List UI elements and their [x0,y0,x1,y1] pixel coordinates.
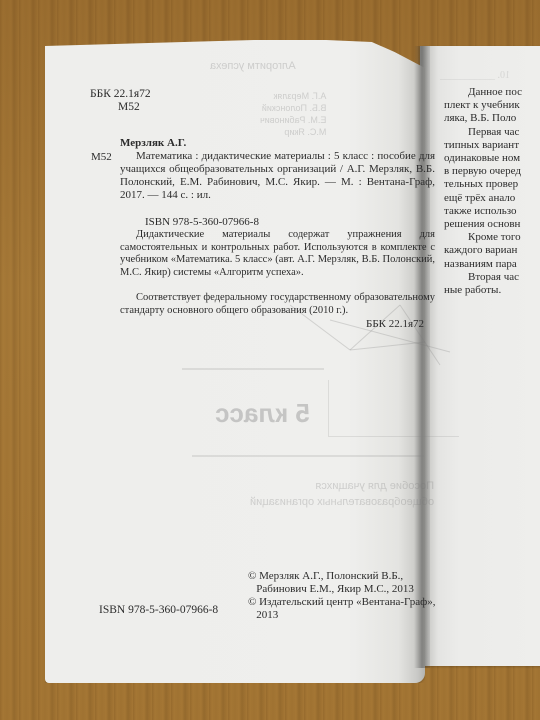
show-through-heading: 10. ___________ [440,70,510,81]
bibliographic-record: Математика : дидактические материалы : 5… [120,150,435,202]
copyright-block: © Мерзляк А.Г., Полонский В.Б., Рабинови… [248,570,435,622]
isbn-line: ISBN 978-5-360-07966-8 [145,216,259,229]
right-line: Первая час [444,126,540,139]
isbn-bottom: ISBN 978-5-360-07966-8 [99,604,218,617]
copyright-line: 2013 [248,609,278,621]
right-line: также использо [444,205,540,218]
right-line: Данное пос [444,86,540,99]
copyright-line: © Мерзляк А.Г., Полонский В.Б., [248,570,403,582]
author-heading: Мерзляк А.Г. [120,137,186,150]
right-line: каждого вариан [444,244,540,257]
copyright-line: © Издательский центр «Вентана-Граф», [248,596,435,608]
show-through-authors: А.Г. Мерзляк В.Б. Полонский Е.М. Рабинов… [260,90,326,138]
show-through-grade: 5 класс [215,398,310,429]
right-line: тельных провер [444,178,540,191]
annotation: Дидактические материалы содержат упражне… [120,229,435,279]
show-through-frame-line [192,455,424,457]
author-mark-side: М52 [91,151,112,164]
right-line: в первую очеред [444,165,540,178]
right-line: ные работы. [444,284,540,297]
right-page-text: Данное пос плект к учебник ляка, В.Б. По… [444,86,540,297]
right-line: Вторая час [444,271,540,284]
right-line: ещё трёх анало [444,192,540,205]
right-line: ляка, В.Б. Поло [444,112,540,125]
right-line: Кроме того [444,231,540,244]
bbk-code-right: ББК 22.1я72 [366,318,424,331]
show-through-frame [328,380,459,437]
right-line: плект к учебник [444,99,540,112]
right-line: названиям пара [444,258,540,271]
bbk-code: ББК 22.1я72 [90,88,151,101]
show-through-subtitle: Пособие для учащихся общеобразовательных… [250,478,434,510]
author-mark: М52 [118,101,140,114]
show-through-frame-line [182,368,324,370]
bibliographic-record-text: Математика : дидактические материалы : 5… [120,150,435,202]
conformity-note: Соответствует федеральному государственн… [120,292,435,317]
right-line: одинаковые ном [444,152,540,165]
right-line: решения основн [444,218,540,231]
copyright-line: Рабинович Е.М., Якир М.С., 2013 [248,583,414,595]
show-through-series-title: Алгоритм успеха [210,60,296,72]
right-line: типных вариант [444,139,540,152]
